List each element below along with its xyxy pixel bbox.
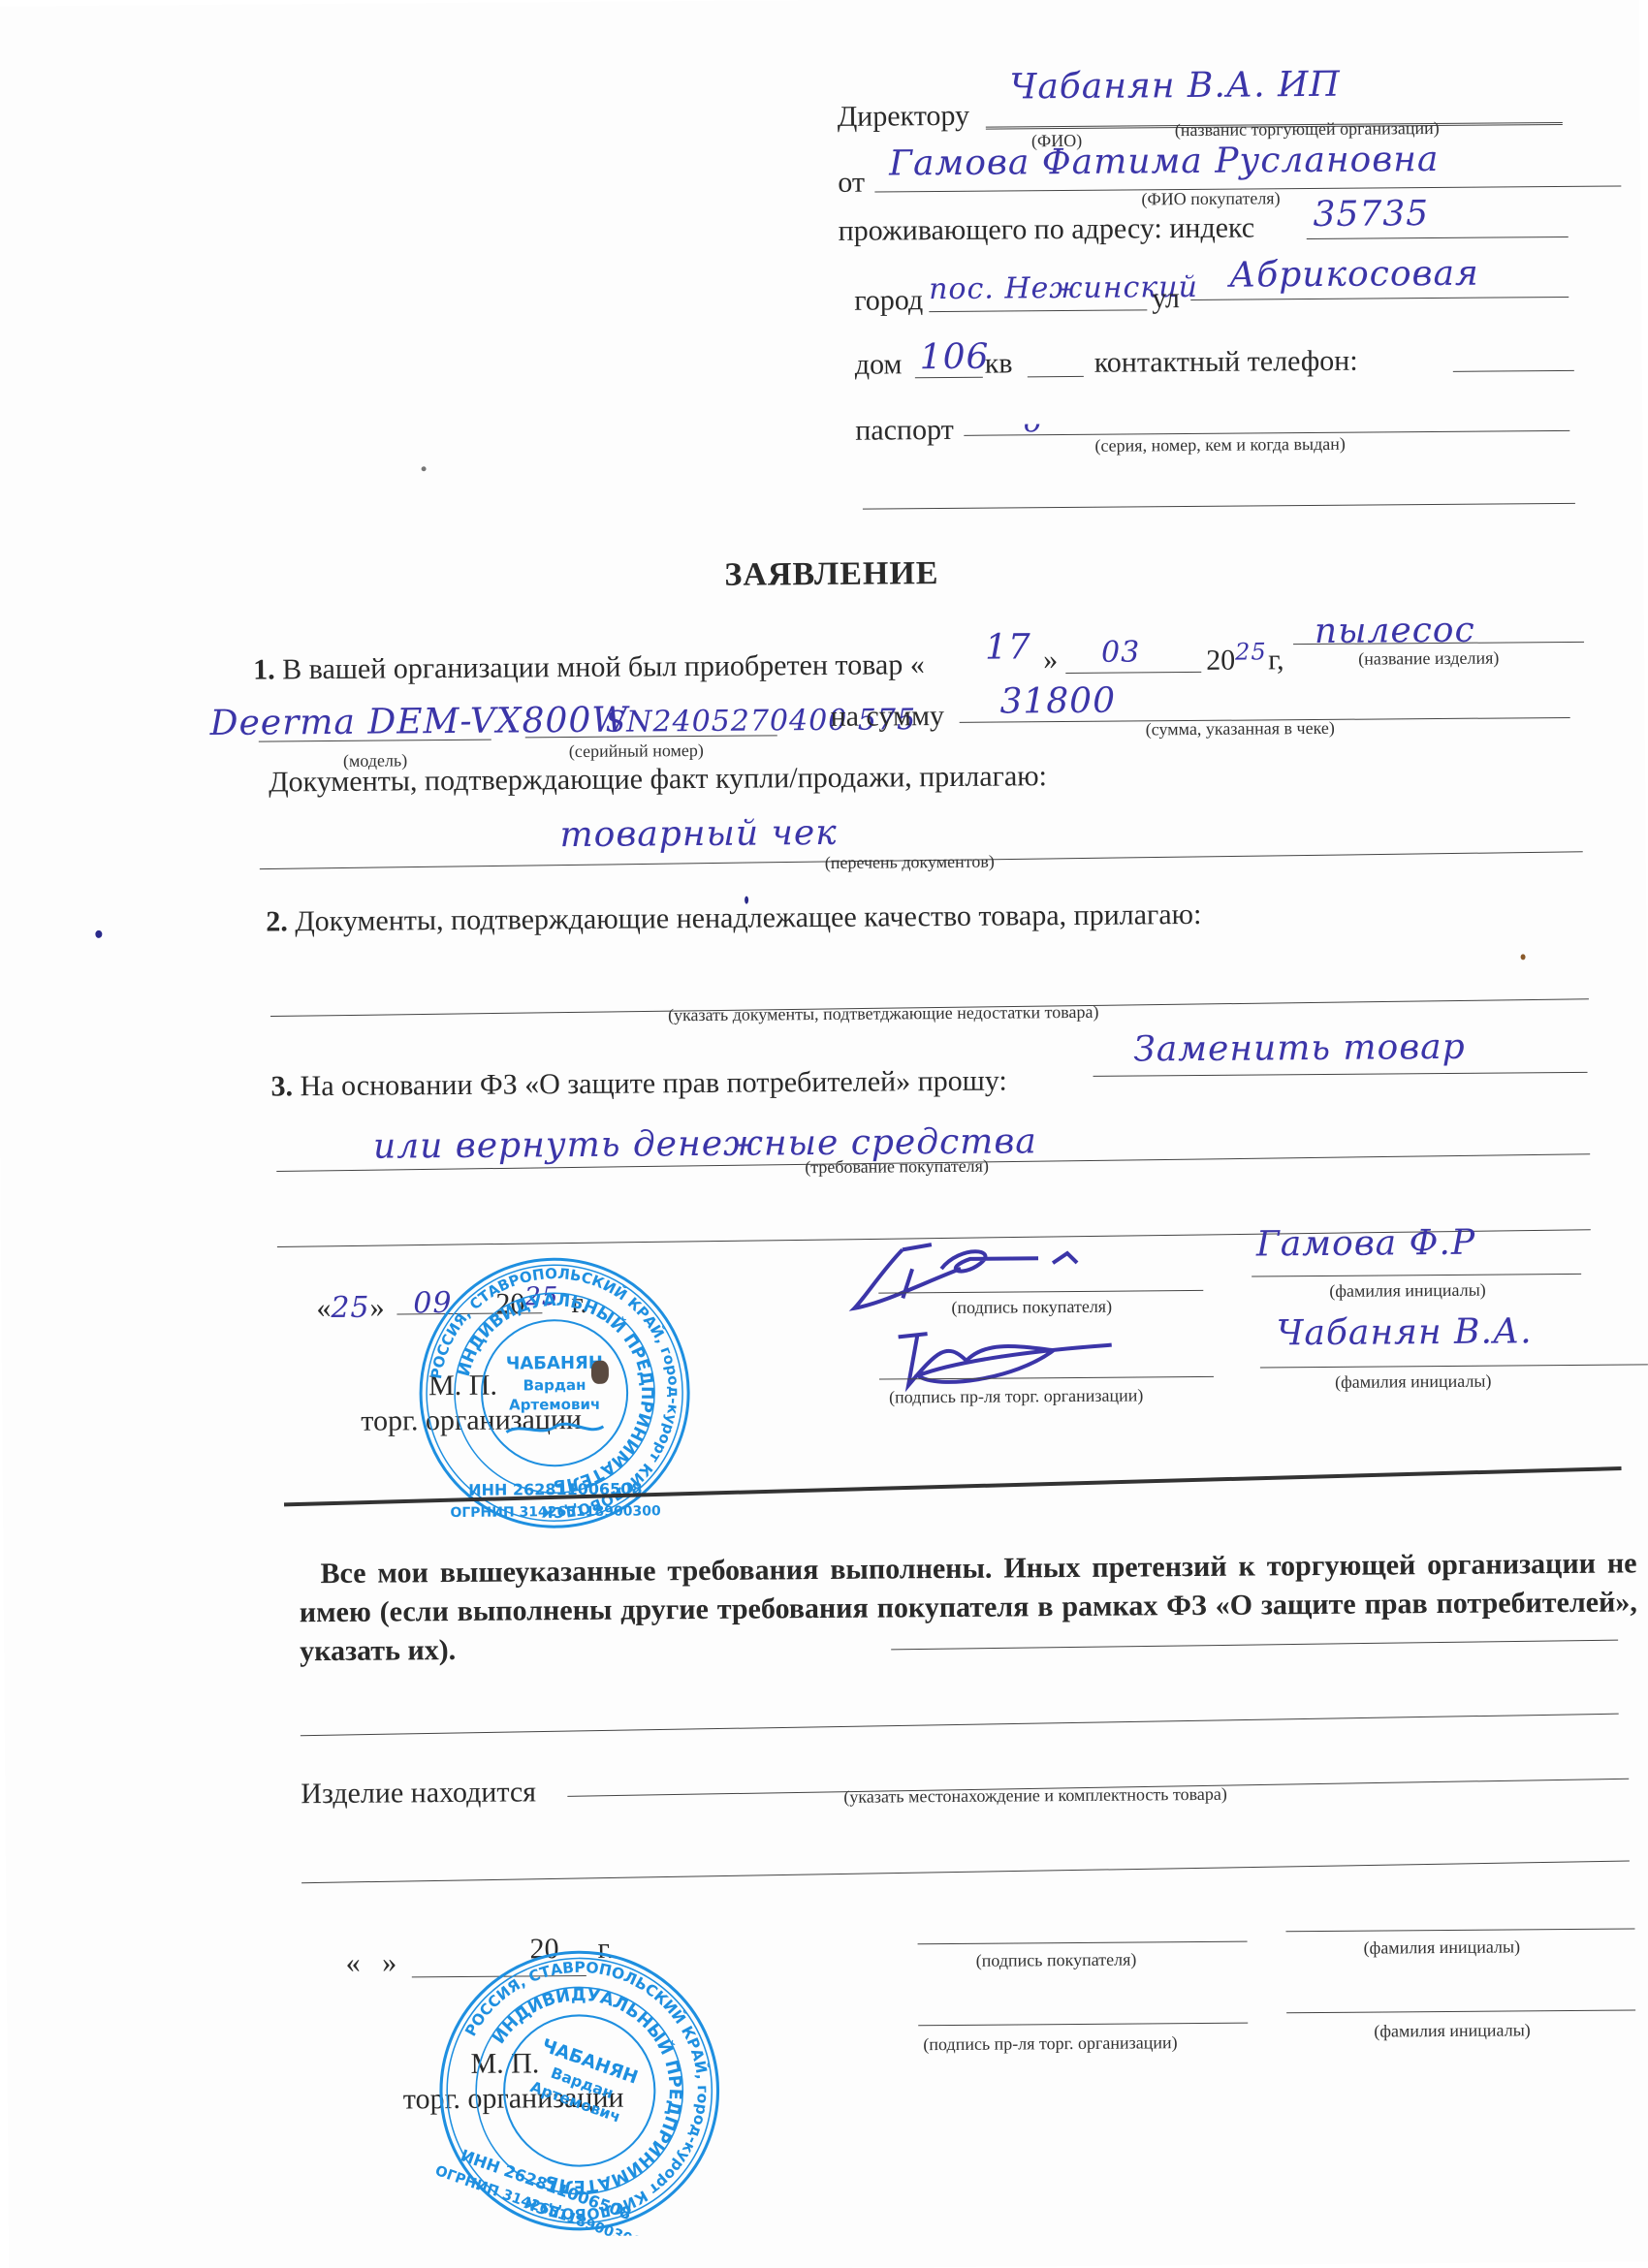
seller-name2-caption: (фамилия инициалы) xyxy=(1374,2020,1531,2040)
section3-text: 3. На основании ФЗ «О защите прав потреб… xyxy=(270,1065,1006,1104)
buyer-sign-caption: (подпись покупателя) xyxy=(951,1297,1112,1317)
stamp-surname: ЧАБАНЯН xyxy=(506,1353,603,1374)
seller-sign2-caption: (подпись пр-ля торг. организации) xyxy=(923,2032,1177,2054)
year-tail: г, xyxy=(1268,644,1284,677)
sum-label: на сумму xyxy=(830,700,944,734)
seller-name2-field[interactable] xyxy=(1286,2009,1635,2013)
ink-speck xyxy=(95,930,102,938)
buyer-name-underline xyxy=(1252,1274,1581,1277)
sum-caption: (сумма, указанная в чеке) xyxy=(1146,718,1335,740)
docs-caption: (перечень документов) xyxy=(825,852,995,872)
date-open-quote: « xyxy=(316,1292,331,1324)
address-label: проживающего по адресу: индекс xyxy=(839,211,1255,247)
passport-mark: ᴗ xyxy=(1022,403,1040,442)
section2-number: 2. xyxy=(266,905,288,937)
section1-label: В вашей организации мной был приобретен … xyxy=(282,648,925,685)
sign-day[interactable]: 25 xyxy=(331,1291,369,1325)
location-field-2[interactable] xyxy=(301,1861,1630,1884)
passport-field-line2[interactable] xyxy=(863,503,1575,510)
from-label: от xyxy=(838,167,865,200)
product-caption: (название изделия) xyxy=(1358,648,1499,669)
ink-speck xyxy=(745,897,748,904)
closing-statement: Все мои вышеуказанные требования выполне… xyxy=(299,1544,1637,1671)
stamp-patronymic: Артемович xyxy=(509,1396,600,1414)
director-caption-org: (названис торгующей организации) xyxy=(1175,118,1440,140)
purchase-day[interactable]: 17 xyxy=(985,628,1031,667)
section2-caption: (указать документы, подтветджающие недос… xyxy=(668,1002,1099,1024)
sign2-close-quote: » xyxy=(382,1946,396,1978)
page-title: ЗАЯВЛЕНИЕ xyxy=(724,555,938,594)
section1-number: 1. xyxy=(253,653,275,685)
application-form-page: Директору Чабанян В.А. ИП (ФИО) (названи… xyxy=(0,0,1648,2268)
section2-text: 2. Документы, подтверждающие ненадлежаще… xyxy=(266,898,1201,939)
index-underline xyxy=(1307,236,1569,239)
location-label: Изделие находится xyxy=(301,1776,536,1811)
demand-underline1 xyxy=(1093,1072,1588,1077)
passport-label: паспорт xyxy=(855,414,954,448)
buyer-name2-caption: (фамилия инициалы) xyxy=(1364,1937,1521,1957)
sign2-date: « » xyxy=(346,1946,397,1979)
seller-name-underline xyxy=(1260,1364,1648,1368)
house-value[interactable]: 106 xyxy=(920,338,990,378)
stamp-ogrnip: ОГРНИП 314265118900300 xyxy=(450,1503,661,1521)
from-caption: (ФИО покупателя) xyxy=(1141,188,1280,208)
buyer-sign2-field[interactable] xyxy=(918,1941,1248,1945)
seller-name-caption: (фамилия инициалы) xyxy=(1335,1371,1492,1392)
purchase-year[interactable]: 25 xyxy=(1235,632,1267,671)
closing-field-2[interactable] xyxy=(301,1714,1619,1737)
demand-caption: (требование покупателя) xyxy=(805,1156,989,1177)
seller-name[interactable]: Чабанян В.А. xyxy=(1276,1312,1532,1353)
director-value[interactable]: Чабанян В.А. ИП xyxy=(1009,66,1341,108)
city-underline xyxy=(929,309,1147,312)
index-value[interactable]: 35735 xyxy=(1313,195,1429,235)
quote-close: » xyxy=(1043,644,1058,677)
seller-sign-caption: (подпись пр-ля торг. организации) xyxy=(889,1385,1143,1406)
company-stamp-2: РОССИЯ, СТАВРОПОЛЬСКИЙ КРАЙ, город-курор… xyxy=(433,1944,726,2237)
apt-field[interactable] xyxy=(1028,376,1084,377)
buyer-name2-field[interactable] xyxy=(1285,1928,1634,1932)
location-caption: (указать местонахождение и комплектность… xyxy=(843,1784,1227,1807)
smudge xyxy=(591,1361,609,1384)
street-label: ул xyxy=(1152,282,1180,315)
buyer-name-caption: (фамилия инициалы) xyxy=(1329,1280,1486,1301)
year-prefix: 20 xyxy=(1206,645,1235,677)
buyer-sign2-caption: (подпись покупателя) xyxy=(976,1949,1137,1969)
sum-value[interactable]: 31800 xyxy=(999,682,1116,722)
serial-caption: (серийный номер) xyxy=(569,740,704,761)
ink-speck xyxy=(422,466,427,471)
section3-label: На основании ФЗ «О защите прав потребите… xyxy=(300,1065,1006,1103)
apt-label: кв xyxy=(985,347,1013,380)
demand-line1[interactable]: Заменить товар xyxy=(1133,1028,1466,1070)
section3-number: 3. xyxy=(270,1070,293,1102)
house-underline xyxy=(915,377,983,379)
seller-sign2-field[interactable] xyxy=(918,2023,1248,2027)
house-label: дом xyxy=(855,348,903,381)
date-close-quote: » xyxy=(369,1292,384,1324)
street-underline xyxy=(1190,297,1569,300)
purchase-month[interactable]: 03 xyxy=(1101,633,1141,672)
phone-label: контактный телефон: xyxy=(1094,345,1358,380)
section1-text: 1. В вашей организации мной был приобрет… xyxy=(253,648,925,686)
buyer-name[interactable]: Гамова Ф.Р xyxy=(1256,1224,1476,1265)
city-label: город xyxy=(854,284,923,318)
stamp-name: Вардан xyxy=(523,1376,586,1395)
passport-caption: (серия, номер, кем и когда выдан) xyxy=(1094,434,1346,456)
director-label: Директору xyxy=(838,100,970,134)
phone-field[interactable] xyxy=(1453,370,1574,372)
from-value[interactable]: Гамова Фатима Руслановна xyxy=(889,141,1440,183)
docs-label: Документы, подтверждающие факт купли/про… xyxy=(269,760,1047,799)
docs-value[interactable]: товарный чек xyxy=(559,814,837,855)
street-value[interactable]: Абрикосовая xyxy=(1229,255,1479,296)
ink-speck xyxy=(1521,954,1526,960)
product-value[interactable]: пылесос xyxy=(1315,612,1475,651)
sign-date: «25» xyxy=(316,1289,384,1329)
section2-label: Документы, подтверждающие ненадлежащее к… xyxy=(295,898,1201,937)
sign2-open-quote: « xyxy=(346,1947,361,1979)
